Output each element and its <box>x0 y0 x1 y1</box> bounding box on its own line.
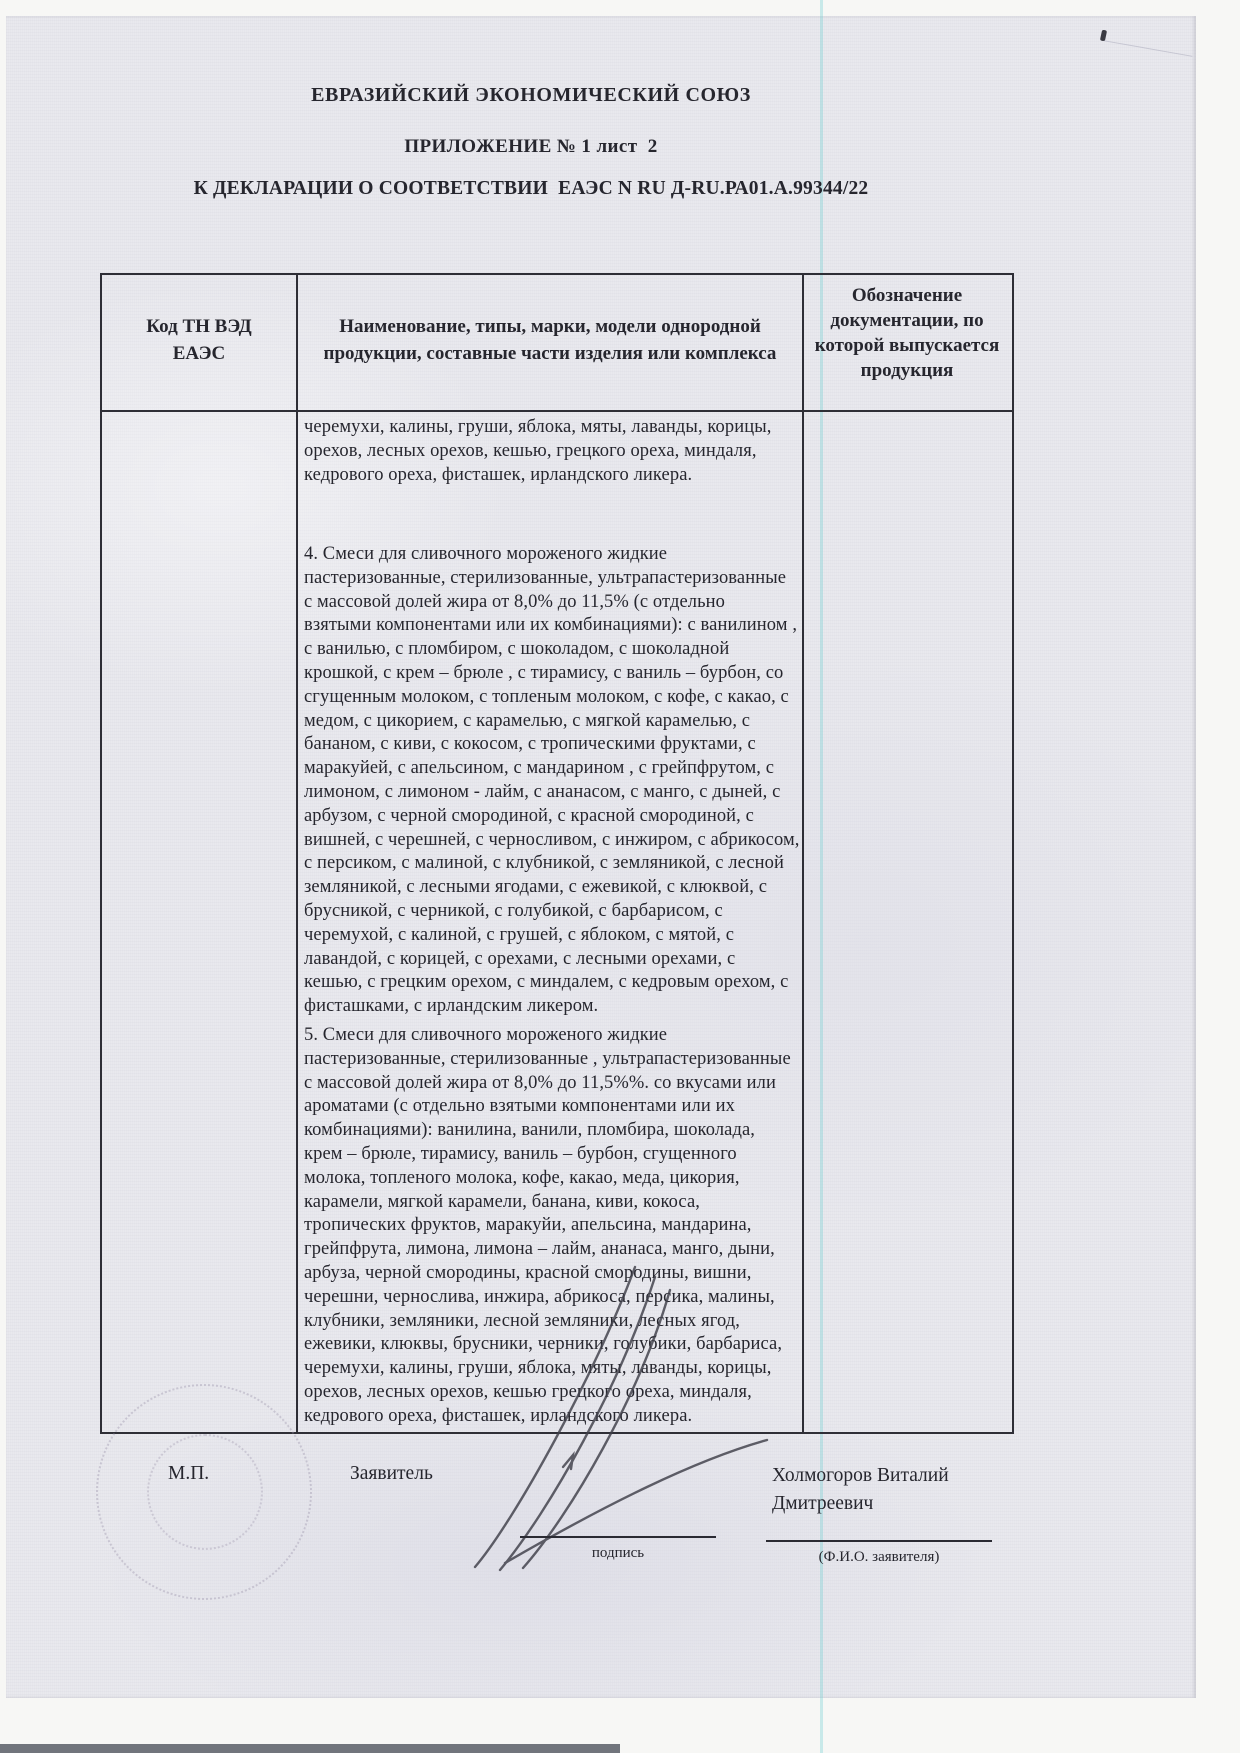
text-line: кешью, с грецким орехом, с миндалем, с к… <box>304 971 804 995</box>
appendix-title: ПРИЛОЖЕНИЕ № 1 лист 2 <box>0 136 1062 158</box>
text-line: земляникой, с лесными ягодами, с ежевико… <box>304 876 804 900</box>
product-item-4: 4. Смеси для сливочного мороженого жидки… <box>304 543 804 1019</box>
text-line: черемухой, с калиной, с грушей, с яблоко… <box>304 924 804 948</box>
applicant-label: Заявитель <box>350 1463 433 1485</box>
header-code-tnved: Код ТН ВЭД ЕАЭС <box>102 313 296 367</box>
signature-caption: подпись <box>520 1545 716 1562</box>
text-line: пастеризованные, стерилизованные , ультр… <box>304 1048 804 1072</box>
text-line: с ванилью, с пломбиром, с шоколадом, с ш… <box>304 638 804 662</box>
scan-edge-band <box>0 1744 620 1753</box>
text-line: медом, с цикорием, с карамелью, с мягкой… <box>304 710 804 734</box>
text-line: комбинациями): ванилина, ванили, пломбир… <box>304 1119 804 1143</box>
text-line: фисташками, с ирландским ликером. <box>304 995 804 1019</box>
faint-stamp-inner-ring <box>147 1434 263 1550</box>
text-line: карамели, мягкой карамели, банана, киви,… <box>304 1191 804 1215</box>
text-line: бананом, с киви, с кокосом, с тропически… <box>304 733 804 757</box>
text-line: арбузом, с черной смородиной, с красной … <box>304 805 804 829</box>
text-line: лимоном, с лимоном - лайм, с ананасом, с… <box>304 781 804 805</box>
handwritten-signature <box>455 1255 785 1575</box>
stamp-place-label: М.П. <box>168 1463 209 1485</box>
text-line: пастеризованные, стерилизованные, ультра… <box>304 567 804 591</box>
header-documentation: Обозначение документации, по которой вып… <box>804 283 1010 383</box>
text-line: ароматами (с отдельно взятыми компонента… <box>304 1095 804 1119</box>
text-line: вишней, с черешней, с черносливом, с инж… <box>304 829 804 853</box>
text-line: крошкой, с крем – брюле , с тирамису, с … <box>304 662 804 686</box>
text-line: лавандой, с корицей, с орехами, с лесным… <box>304 948 804 972</box>
text-line: кедрового ореха, фисташек, ирландского л… <box>304 464 804 488</box>
text-line: крем – брюле, тирамису, ваниль – бурбон,… <box>304 1143 804 1167</box>
text-line: взятыми компонентами или их комбинациями… <box>304 614 804 638</box>
column-divider <box>296 275 298 1432</box>
applicant-name-line <box>766 1540 992 1542</box>
declaration-number-title: К ДЕКЛАРАЦИИ О СООТВЕТСТВИИ ЕАЭС N RU Д-… <box>0 178 1062 200</box>
text-line: орехов, лесных орехов, кешью, грецкого о… <box>304 440 804 464</box>
text-line: с массовой долей жира от 8,0% до 11,5% (… <box>304 591 804 615</box>
applicant-name-caption: (Ф.И.О. заявителя) <box>766 1549 992 1566</box>
header-product-name: Наименование, типы, марки, модели одноро… <box>298 313 802 367</box>
text-line: с персиком, с малиной, с клубникой, с зе… <box>304 852 804 876</box>
signature-line <box>520 1536 716 1538</box>
text-line: с массовой долей жира от 8,0% до 11,5%%.… <box>304 1072 804 1096</box>
header-row-divider <box>102 410 1012 412</box>
text-line: черемухи, калины, груши, яблока, мяты, л… <box>304 416 804 440</box>
product-description-continued: черемухи, калины, груши, яблока, мяты, л… <box>304 416 804 487</box>
union-title: ЕВРАЗИЙСКИЙ ЭКОНОМИЧЕСКИЙ СОЮЗ <box>0 84 1062 107</box>
applicant-name: Холмогоров Виталий Дмитреевич <box>772 1462 949 1518</box>
text-line: 5. Смеси для сливочного мороженого жидки… <box>304 1024 804 1048</box>
text-line: 4. Смеси для сливочного мороженого жидки… <box>304 543 804 567</box>
text-line: тропических фруктов, маракуйи, апельсина… <box>304 1214 804 1238</box>
scanned-document: ЕВРАЗИЙСКИЙ ЭКОНОМИЧЕСКИЙ СОЮЗ ПРИЛОЖЕНИ… <box>0 0 1240 1753</box>
text-line: брусникой, с черникой, с голубикой, с ба… <box>304 900 804 924</box>
text-line: сгущенным молоком, с топленым молоком, с… <box>304 686 804 710</box>
text-line: маракуйей, с апельсином, с мандарином , … <box>304 757 804 781</box>
text-line: молока, топленого молока, кофе, какао, м… <box>304 1167 804 1191</box>
